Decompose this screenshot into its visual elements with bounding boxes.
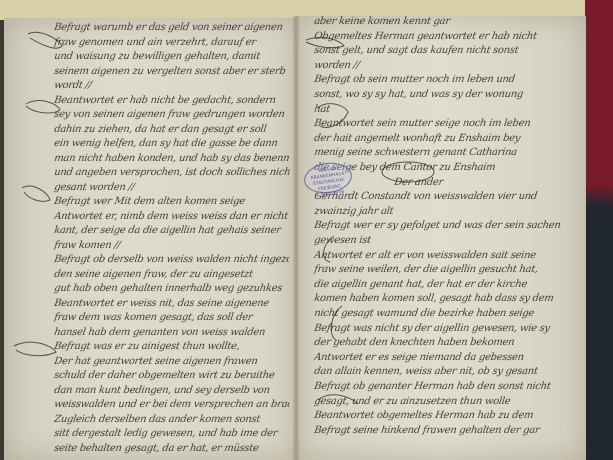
manuscript-line: Befragt warumb er das geld von seiner ai… [53, 22, 290, 36]
manuscript-line: gewesen ist [313, 235, 577, 249]
manuscript-line: Antwortet er alt er von weisswalden sait… [313, 250, 577, 264]
manuscript-line: fraw seine weilen, der die aigellin gesu… [313, 264, 577, 278]
background-right [585, 0, 613, 460]
manuscript-line: Der ander [393, 177, 577, 191]
manuscript-line: sitt dergestalt ledig gewesen, und hab i… [53, 428, 290, 442]
manuscript-line: Antwortet er, nimb dem weiss weiss dan e… [53, 211, 290, 225]
manuscript-line: die aigellin genant hat, der hat er der … [313, 279, 577, 293]
manuscript-line: Beantwortet er hab nicht be gedacht, son… [53, 95, 290, 109]
manuscript-line: Befragt ob sein mutter noch im leben und [313, 74, 577, 88]
manuscript-line: fraw genomen und ain verzehrt, darauf er [53, 37, 290, 51]
manuscript-line: Zugleich derselben das ander komen sonst [53, 414, 290, 428]
manuscript-line: fraw komen // [53, 240, 290, 254]
manuscript-line: Befragt seine hinkend frawen gehalten de… [313, 425, 577, 439]
manuscript-line: zwainzig jahr alt [313, 206, 577, 220]
manuscript-line: gesant worden // [53, 182, 290, 196]
manuscript-line: die seige bey dem Cantor zu Enshaim [313, 162, 577, 176]
manuscript-line: der gehabt den knechten haben bekomen [313, 337, 577, 351]
manuscript-line: nicht gesagt wamund die bezirke haben se… [313, 308, 577, 322]
manuscript-line: menig seine schwestern genant Catharina [313, 147, 577, 161]
manuscript-line: Obgemeltes Herman geantwortet er hab nic… [313, 31, 577, 45]
manuscript-line: der hait angemelt wonhaft zu Enshaim bey [313, 133, 577, 147]
manuscript-line: seite behalten gesagt, da er hat, er müs… [53, 443, 290, 457]
manuscript-line: dahin zu ziehen, da hat er dan gesagt er… [53, 124, 290, 138]
manuscript-line: gut hab oben gehalten innerhalb weg gezu… [53, 283, 290, 297]
manuscript-line: fraw dem was komen gesagt, das soll der [53, 312, 290, 326]
manuscript-line: dan allain kennen, weiss aber nit, ob sy… [313, 366, 577, 380]
manuscript-line: Beantwortet obgemeltes Herman hab zu dem [313, 410, 577, 424]
manuscript-line: und angeben versprochen, ist doch sollic… [53, 167, 290, 181]
manuscript-line: worden // [313, 60, 577, 74]
manuscript-line: Befragt wer Mit dem alten komen seige [53, 196, 290, 210]
manuscript-line: kant, der seige da die aigellin hat geha… [53, 225, 290, 239]
manuscript-line: gesagt, und er zu ainzusetzen thun wolle [313, 396, 577, 410]
manuscript-line: sonst, wo sy sy hat, und was sy der wonu… [313, 89, 577, 103]
manuscript-line: hat [313, 104, 577, 118]
left-page: Befragt warumb er das geld von seiner ai… [4, 18, 296, 460]
manuscript-line: aber keine komen kennt gar [313, 16, 577, 30]
manuscript-line: Beantwortet er weiss nit, das seine aige… [53, 298, 290, 312]
manuscript-line: Befragt ob derselb von weiss walden nich… [53, 254, 290, 268]
manuscript-line: ein wenig helfen, dan sy hat die gasse b… [53, 138, 290, 152]
manuscript-line: Befragt wer er sy gefolget und was der s… [313, 220, 577, 234]
right-page: aber keine komen kennt garObgemeltes Her… [296, 16, 586, 460]
manuscript-line: dan man kunt bedingen, und sey derselb v… [53, 385, 290, 399]
manuscript-line: seinem aigenen zu vergelten sonst aber e… [53, 66, 290, 80]
manuscript-line: Befragt was er zu ainigest thun wollte, [53, 341, 290, 355]
manuscript-line: Befragt ob genanter Herman hab den sonst… [313, 381, 577, 395]
manuscript-line: Befragt was nicht sy der aigellin gewese… [313, 323, 577, 337]
manuscript-line: Der hat geantwortet seine aigenen frawen [53, 356, 290, 370]
page-fold [292, 16, 300, 460]
manuscript-line: und waisung zu bewilligen gehalten, dami… [53, 51, 290, 65]
manuscript-line: man nicht haben konden, und hab sy das b… [53, 153, 290, 167]
manuscript-line: wordt // [53, 80, 290, 94]
manuscript-line: schuld der daher obgemelten wirt zu bera… [53, 370, 290, 384]
manuscript-line: sey von seinen aigenen fraw gedrungen wo… [53, 109, 290, 123]
manuscript-line: sonst gelt, und sagt das kaufen nicht so… [313, 45, 577, 59]
manuscript-line: hansel hab dem genanten von weiss walden [53, 327, 290, 341]
manuscript-line: Beantwortet sein mutter seige noch im le… [313, 118, 577, 132]
manuscript-line: weisswalden und er bei dem versprechen a… [53, 399, 290, 413]
manuscript-line: den seine aigenen fraw, der zu aingesetz… [53, 269, 290, 283]
manuscript-line: komen haben komen soll, gesagt hab dass … [313, 293, 577, 307]
manuscript-line: Antwortet er es seige niemand da gebesse… [313, 352, 577, 366]
